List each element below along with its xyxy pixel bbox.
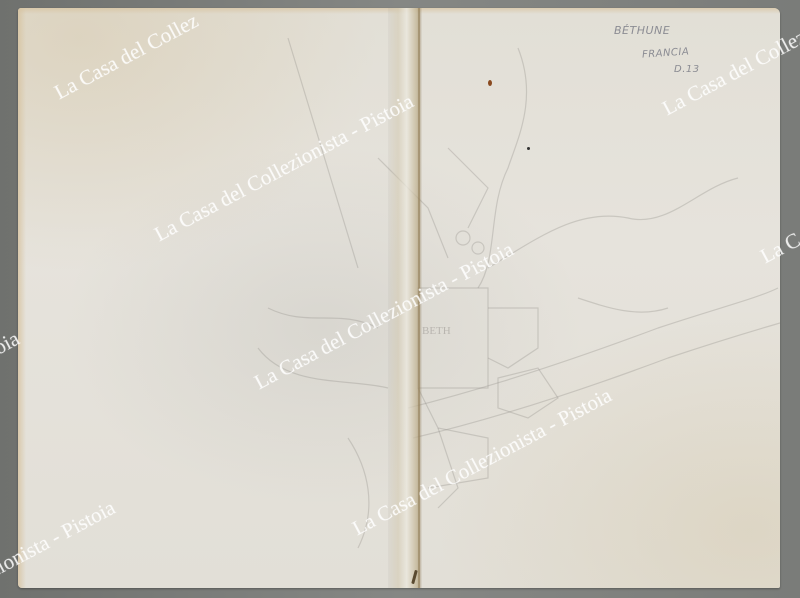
ink-dot bbox=[527, 147, 530, 150]
pencil-note-ref: D.13 bbox=[674, 64, 700, 75]
pencil-note-title: BÉTHUNE bbox=[614, 24, 670, 37]
map-sheet: BETH BÉTHUNE FRANCIA D.13 bbox=[18, 8, 780, 588]
fold-crease-line bbox=[418, 8, 420, 588]
rust-spot bbox=[488, 80, 492, 86]
center-fold bbox=[388, 8, 422, 588]
svg-text:BETH: BETH bbox=[422, 325, 451, 337]
